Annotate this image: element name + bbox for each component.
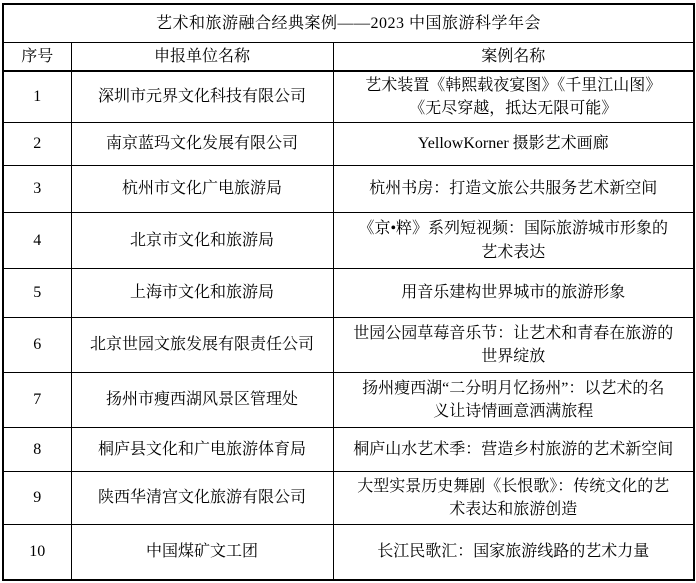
table-row: 3 杭州市文化广电旅游局 杭州书房：打造文旅公共服务艺术新空间 [3,166,694,213]
row-no: 10 [3,525,71,580]
row-case: 艺术装置《韩熙载夜宴图》《千里江山图》 《无尽穿越，抵达无限可能》 [333,71,694,123]
table-row: 1 深圳市元界文化科技有限公司 艺术装置《韩熙载夜宴图》《千里江山图》 《无尽穿… [3,71,694,123]
row-org: 陕西华清宫文化旅游有限公司 [71,472,333,525]
row-no: 5 [3,269,71,318]
row-org: 杭州市文化广电旅游局 [71,166,333,213]
row-org: 南京蓝玛文化发展有限公司 [71,123,333,166]
row-no: 6 [3,318,71,373]
table-row: 7 扬州市瘦西湖风景区管理处 扬州瘦西湖“二分明月忆扬州”：以艺术的名 义让诗情… [3,373,694,428]
document-page: 艺术和旅游融合经典案例——2023 中国旅游科学年会 序号 申报单位名称 案例名… [0,0,696,583]
table-row: 10 中国煤矿文工团 长江民歌汇：国家旅游线路的艺术力量 [3,525,694,580]
row-no: 3 [3,166,71,213]
header-row: 序号 申报单位名称 案例名称 [3,42,694,71]
case-table: 艺术和旅游融合经典案例——2023 中国旅游科学年会 序号 申报单位名称 案例名… [2,3,695,581]
row-case: 大型实景历史舞剧《长恨歌》：传统文化的艺 术表达和旅游创造 [333,472,694,525]
row-case: 用音乐建构世界城市的旅游形象 [333,269,694,318]
row-org: 扬州市瘦西湖风景区管理处 [71,373,333,428]
table-row: 5 上海市文化和旅游局 用音乐建构世界城市的旅游形象 [3,269,694,318]
col-header-case: 案例名称 [333,42,694,71]
row-no: 2 [3,123,71,166]
row-org: 北京世园文旅发展有限责任公司 [71,318,333,373]
row-org: 深圳市元界文化科技有限公司 [71,71,333,123]
col-header-org: 申报单位名称 [71,42,333,71]
table-row: 8 桐庐县文化和广电旅游体育局 桐庐山水艺术季：营造乡村旅游的艺术新空间 [3,428,694,472]
row-no: 1 [3,71,71,123]
row-org: 上海市文化和旅游局 [71,269,333,318]
row-no: 8 [3,428,71,472]
row-org: 北京市文化和旅游局 [71,213,333,269]
row-case: 世园公园草莓音乐节：让艺术和青春在旅游的 世界绽放 [333,318,694,373]
row-case: 扬州瘦西湖“二分明月忆扬州”：以艺术的名 义让诗情画意洒满旅程 [333,373,694,428]
table-title: 艺术和旅游融合经典案例——2023 中国旅游科学年会 [3,4,694,42]
row-case: 桐庐山水艺术季：营造乡村旅游的艺术新空间 [333,428,694,472]
row-case: 长江民歌汇：国家旅游线路的艺术力量 [333,525,694,580]
title-row: 艺术和旅游融合经典案例——2023 中国旅游科学年会 [3,4,694,42]
row-no: 7 [3,373,71,428]
row-no: 4 [3,213,71,269]
table-row: 2 南京蓝玛文化发展有限公司 YellowKorner 摄影艺术画廊 [3,123,694,166]
row-no: 9 [3,472,71,525]
row-case: 杭州书房：打造文旅公共服务艺术新空间 [333,166,694,213]
row-case: YellowKorner 摄影艺术画廊 [333,123,694,166]
table-row: 4 北京市文化和旅游局 《京•粹》系列短视频：国际旅游城市形象的 艺术表达 [3,213,694,269]
table-row: 6 北京世园文旅发展有限责任公司 世园公园草莓音乐节：让艺术和青春在旅游的 世界… [3,318,694,373]
col-header-no: 序号 [3,42,71,71]
table-row: 9 陕西华清宫文化旅游有限公司 大型实景历史舞剧《长恨歌》：传统文化的艺 术表达… [3,472,694,525]
row-org: 中国煤矿文工团 [71,525,333,580]
row-case: 《京•粹》系列短视频：国际旅游城市形象的 艺术表达 [333,213,694,269]
row-org: 桐庐县文化和广电旅游体育局 [71,428,333,472]
